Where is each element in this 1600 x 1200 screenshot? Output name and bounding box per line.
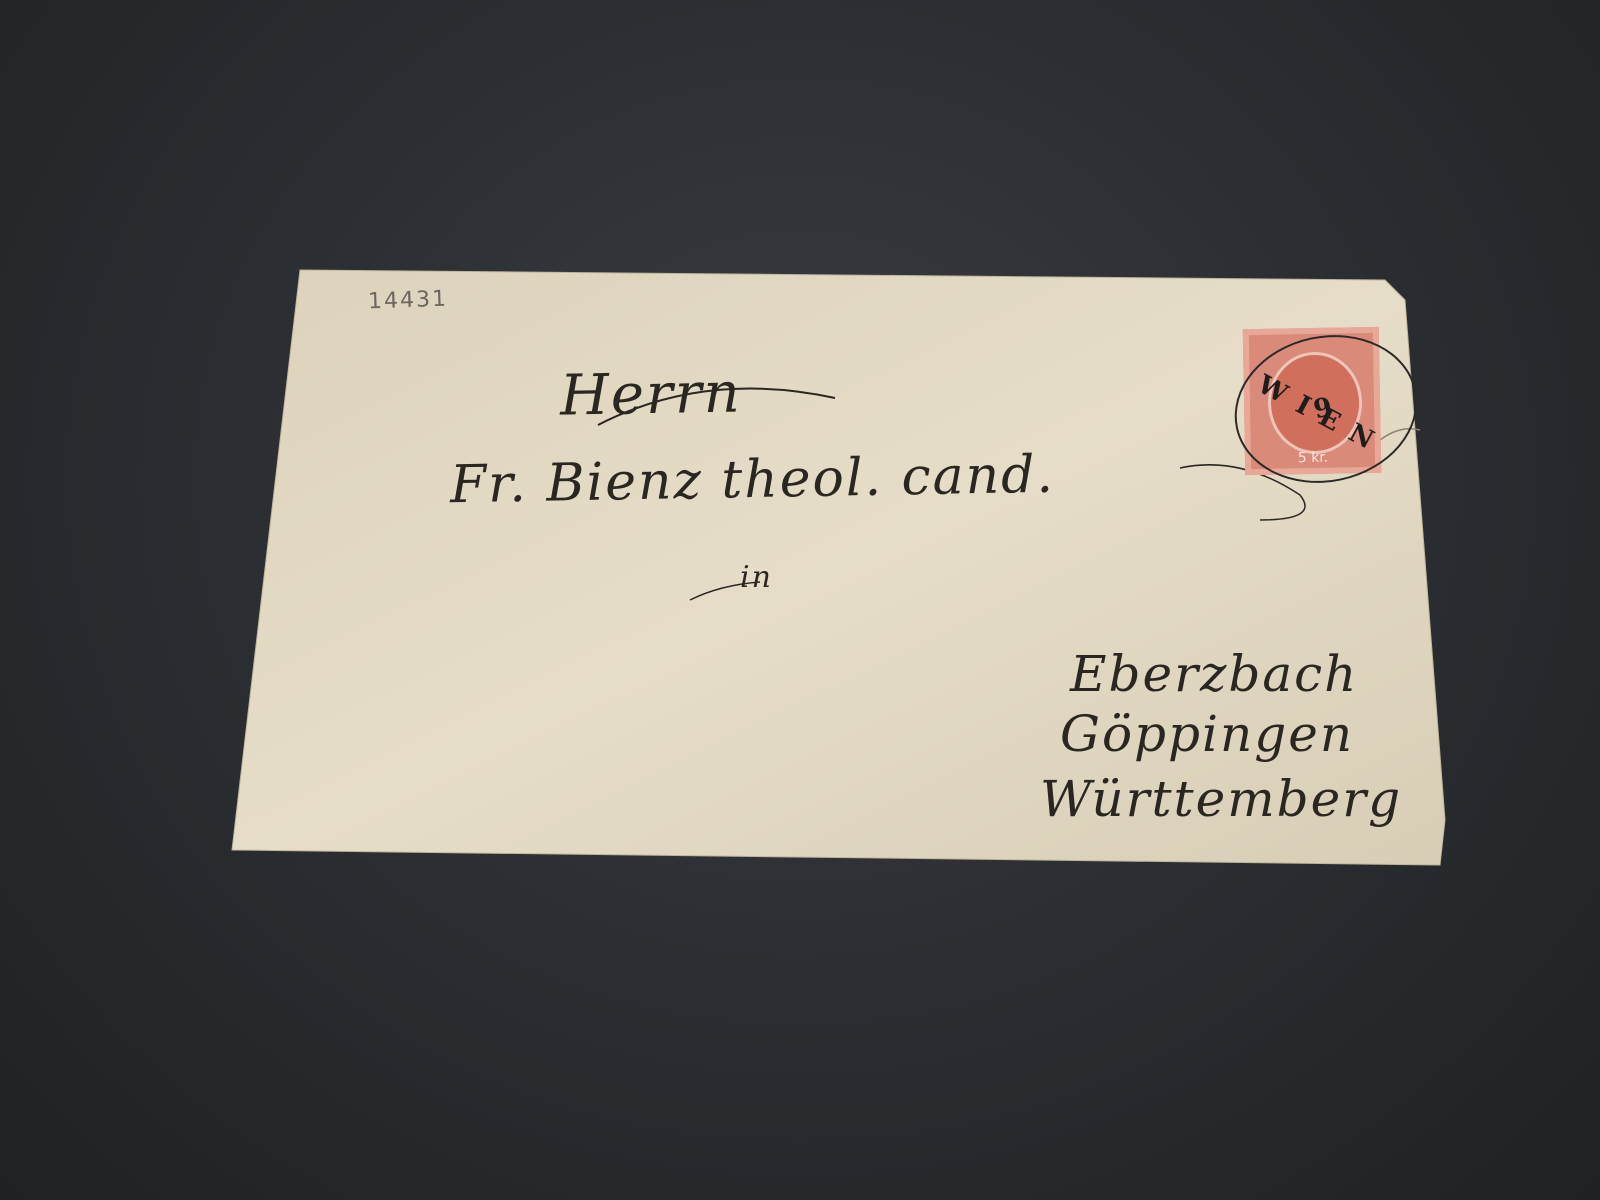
pencil-inventory-number: 14431 xyxy=(368,287,449,315)
address-salutation: Herrn xyxy=(559,360,742,428)
address-district: Göppingen xyxy=(1060,705,1354,763)
envelope: 14431 Herrn Fr. Bienz theol. cand. in Eb… xyxy=(0,0,1600,1200)
address-region: Württemberg xyxy=(1040,770,1402,828)
envelope-paper xyxy=(0,0,1600,1200)
address-in: in xyxy=(740,560,773,595)
address-town: Eberzbach xyxy=(1070,645,1358,703)
address-name: Fr. Bienz theol. cand. xyxy=(450,445,1056,516)
